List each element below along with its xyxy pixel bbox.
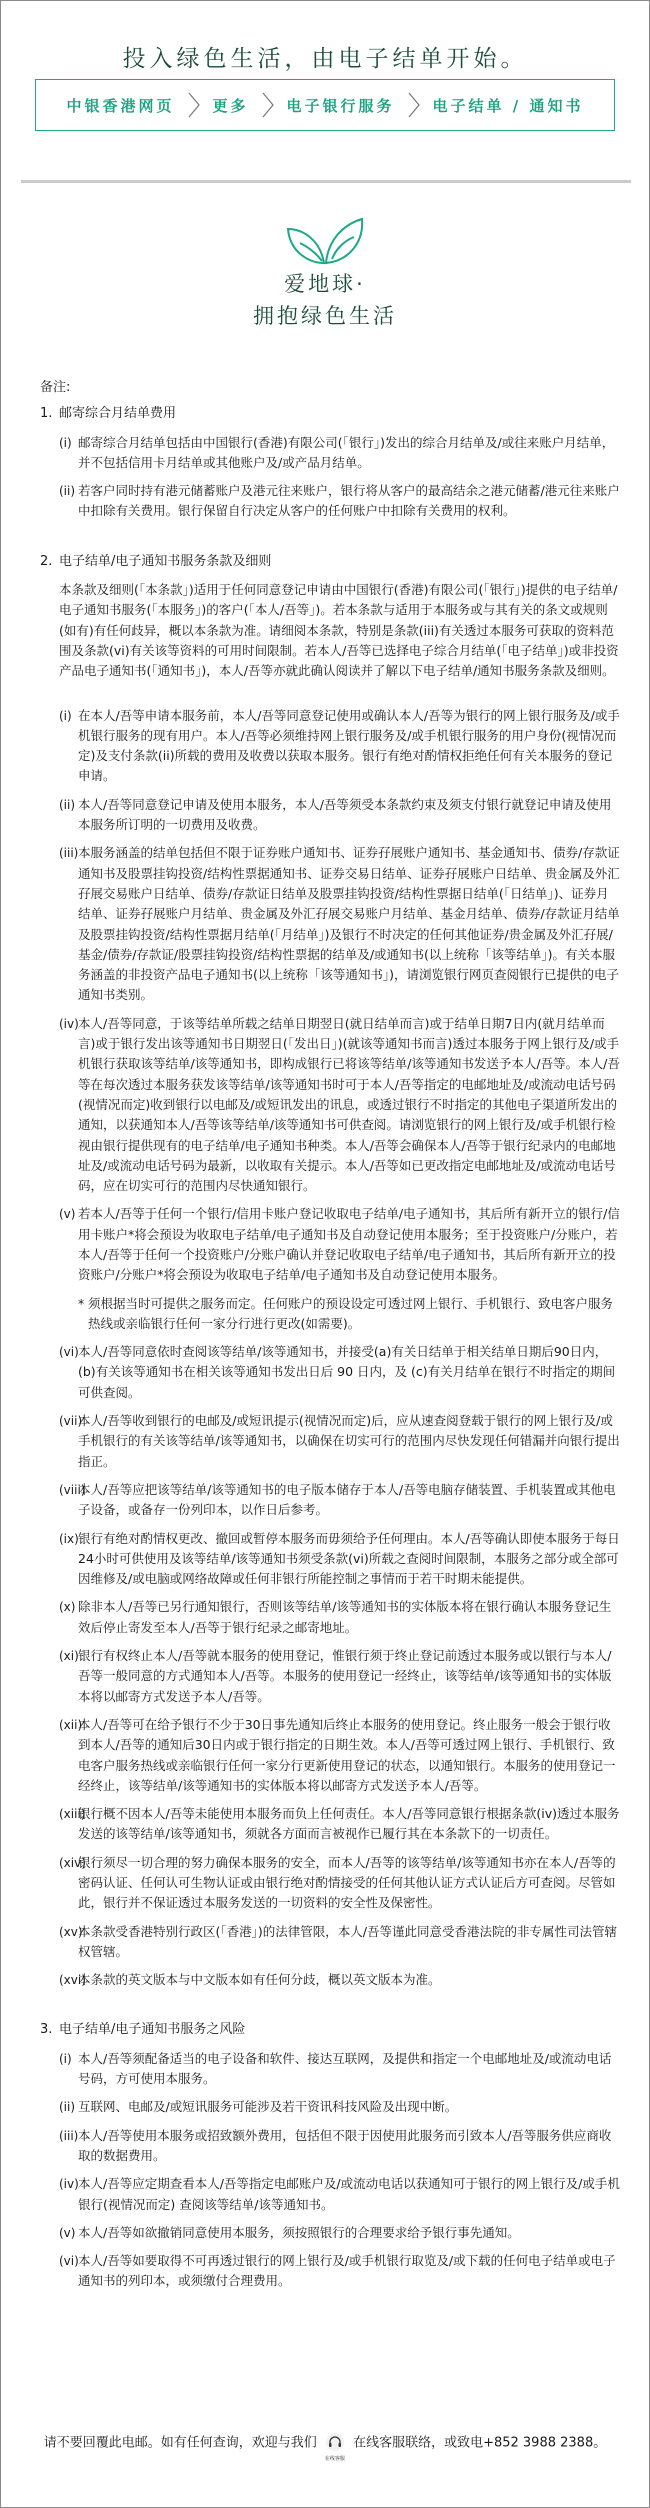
list-item: (iv)本人/吾等应定期查看本人/吾等指定电邮账户及/或流动电话以获通知可于银行… [59,2174,620,2215]
list-item: (vii)本人/吾等收到银行的电邮及/或短讯提示(视情况而定)后，应从速查阅登载… [59,1411,620,1472]
list-item: (xvi)本条款的英文版本与中文版本如有任何分歧，概以英文版本为准。 [59,1970,620,1990]
terms-content: 备注: 1. 邮寄综合月结单费用 (i)邮寄综合月结单包括由中国银行(香港)有限… [40,378,620,2322]
section-title: 1. 邮寄综合月结单费用 [40,404,620,424]
list-item: (ii)本人/吾等同意登记申请及使用本服务，本人/吾等须受本条款约束及须支付银行… [59,795,620,836]
list-item: (vi)本人/吾等同意依时查阅该等结单/该等通知书，并接受(a)有关日结单于相关… [59,1342,620,1403]
section-1: 1. 邮寄综合月结单费用 (i)邮寄综合月结单包括由中国银行(香港)有限公司(「… [40,404,620,521]
cs-icon-label: 在线客服 [325,2456,345,2462]
leaf-icon [280,215,370,267]
list-item: (ii)若客户同时持有港元储蓄账户及港元往来账户，银行将从客户的最高结余之港元储… [59,481,620,522]
tagline: 投入绿色生活，由电子结单开始。 [0,40,650,73]
breadcrumb: 中银香港网页 更多 电子银行服务 电子结单 / 通知书 [35,79,615,131]
chevron-right-icon [257,90,279,120]
list-item: (ii)互联网、电邮及/或短讯服务可能涉及若干资讯科技风险及出现中断。 [59,2097,620,2117]
list-item: (vi)本人/吾等如要取得不可再透过银行的网上银行及/或手机银行取览及/或下载的… [59,2251,620,2292]
footer-text-before: 请不要回覆此电邮。如有任何查询，欢迎与我们 [44,2436,317,2451]
list-item: (v)本人/吾等如欲撤销同意使用本服务，须按照银行的合理要求给予银行事先通知。 [59,2223,620,2243]
section-2: 2. 电子结单/电子通知书服务条款及细则 本条款及细则(「本条款」)适用于任何同… [40,552,620,1991]
list-item: (iv)本人/吾等同意，于该等结单所载之结单日期翌日(就日结单而言)或于结单日期… [59,1014,620,1197]
chevron-right-icon [183,90,205,120]
notes-label: 备注: [40,378,620,398]
footer: 请不要回覆此电邮。如有任何查询，欢迎与我们 在线客服 在线客服联络，或致电+85… [0,2428,650,2458]
breadcrumb-home[interactable]: 中银香港网页 [67,95,175,116]
list-item: (x)除非本人/吾等已另行通知银行，否则该等结单/该等通知书的实体版本将在银行确… [59,1597,620,1638]
list-item: (iii)本服务涵盖的结单包括但不限于证券账户通知书、证券孖展账户通知书、基金通… [59,843,620,1005]
hero-line-2: 拥抱绿色生活 [0,301,650,331]
online-cs-button[interactable]: 在线客服 [325,2432,345,2462]
list-item: (xi)银行有权终止本人/吾等就本服务的使用登记，惟银行须于终止登记前透过本服务… [59,1646,620,1707]
list-item: (xiii)银行概不因本人/吾等未能使用本服务而负上任何责任。本人/吾等同意银行… [59,1804,620,1845]
breadcrumb-ebanking[interactable]: 电子银行服务 [287,95,395,116]
list-item: (xv)本条款受香港特别行政区(「香港」)的法律管限，本人/吾等谨此同意受香港法… [59,1922,620,1963]
list-item: (ix)银行有绝对酌情权更改、撤回或暂停本服务而毋须给予任何理由。本人/吾等确认… [59,1529,620,1590]
headset-icon [325,2432,345,2452]
section-3: 3. 电子结单/电子通知书服务之风险 (i)本人/吾等须配备适当的电子设备和软件… [40,2020,620,2291]
list-item: (xii)本人/吾等可在给予银行不少于30日事先通知后终止本服务的使用登记。终止… [59,1715,620,1796]
footnote: *须根据当时可提供之服务而定。任何账户的预设设定可透过网上银行、手机银行、致电客… [78,1294,620,1335]
list-item: (i)在本人/吾等申请本服务前，本人/吾等同意登记使用或确认本人/吾等为银行的网… [59,706,620,787]
footer-text-after: 在线客服联络，或致电+852 3988 2388。 [353,2436,606,2451]
divider [21,180,631,183]
list-item: (v)若本人/吾等于任何一个银行/信用卡账户登记收取电子结单/电子通知书，其后所… [59,1204,620,1285]
breadcrumb-more[interactable]: 更多 [213,95,249,116]
green-hero: 爱地球· 拥抱绿色生活 [0,215,650,331]
chevron-right-icon [403,90,425,120]
section-title: 3. 电子结单/电子通知书服务之风险 [40,2020,620,2040]
section-intro: 本条款及细则(「本条款」)适用于任何同意登记申请由中国银行(香港)有限公司(「银… [59,580,620,681]
hero-line-1: 爱地球· [0,269,650,299]
list-item: (viii)本人/吾等应把该等结单/该等通知书的电子版本储存于本人/吾等电脑存储… [59,1480,620,1521]
list-item: (xiv)银行须尽一切合理的努力确保本服务的安全，而本人/吾等的该等结单/该等通… [59,1853,620,1914]
list-item: (iii)本人/吾等使用本服务或招致额外费用，包括但不限于因使用此服务而引致本人… [59,2126,620,2167]
list-item: (i)本人/吾等须配备适当的电子设备和软件、接达互联网，及提供和指定一个电邮地址… [59,2049,620,2090]
section-title: 2. 电子结单/电子通知书服务条款及细则 [40,552,620,572]
breadcrumb-estatement[interactable]: 电子结单 / 通知书 [433,95,584,116]
list-item: (i)邮寄综合月结单包括由中国银行(香港)有限公司(「银行」)发出的综合月结单及… [59,433,620,474]
